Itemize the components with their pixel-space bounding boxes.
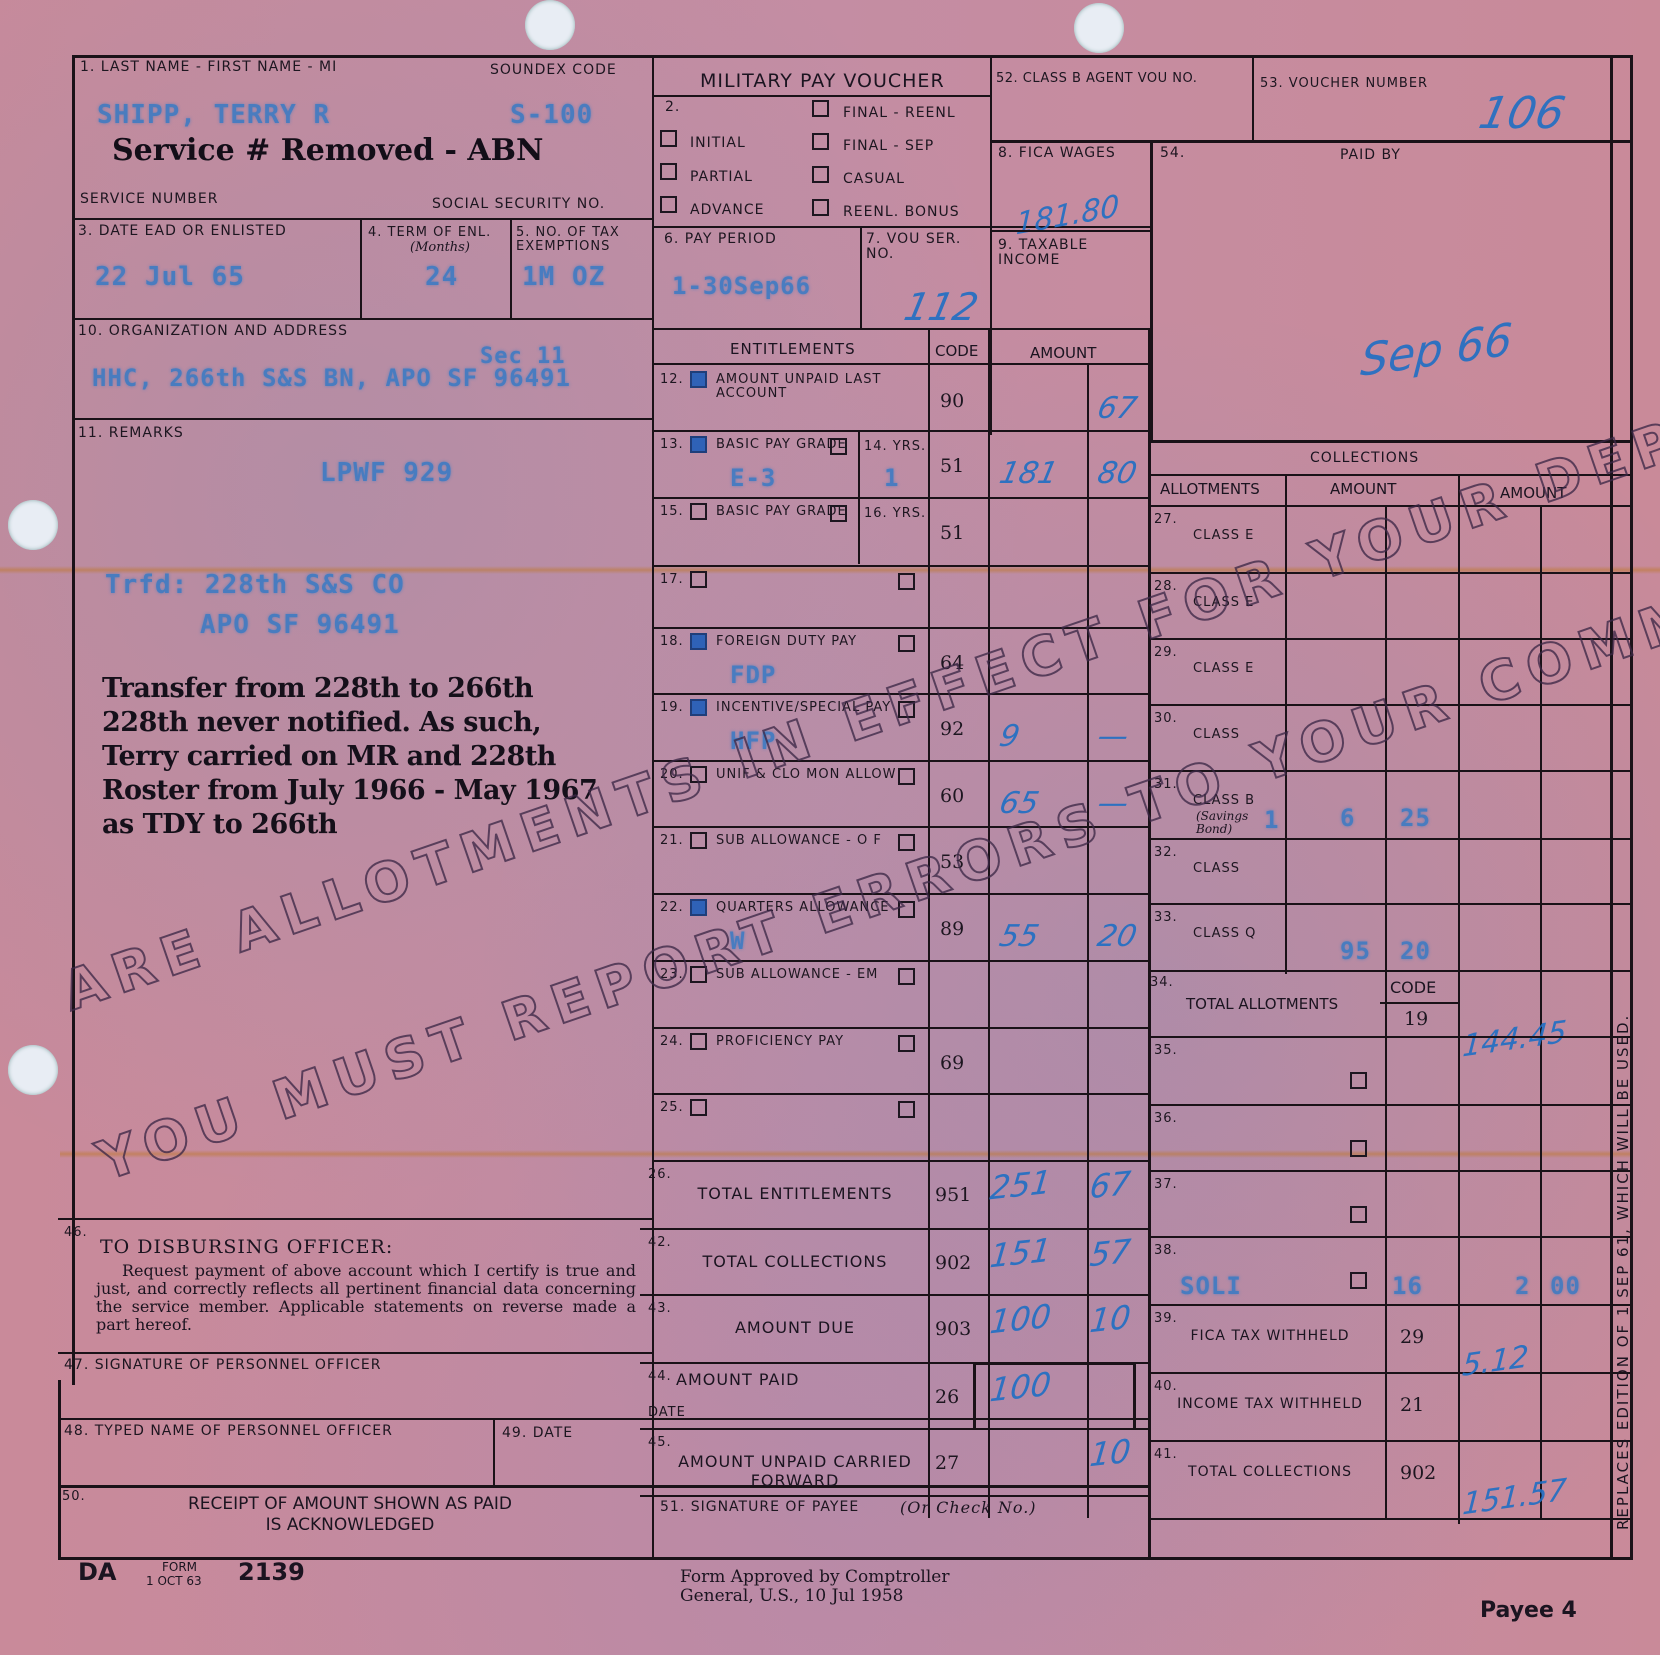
entitlement-label: AMOUNT UNPAID LAST ACCOUNT	[716, 373, 906, 402]
checkbox-reenl-bonus[interactable]	[812, 199, 829, 216]
total-row-num: 44.	[648, 1370, 672, 1384]
entitlement-num: 22.	[660, 901, 684, 915]
allotments-header: ALLOTMENTS	[1160, 480, 1260, 498]
allotment-class: CLASS	[1193, 862, 1240, 876]
entitlement-num: 12.	[660, 373, 684, 387]
form-prefix: DA	[78, 1558, 117, 1586]
total-allotments-amount[interactable]: 144.45	[1461, 1014, 1567, 1064]
paid-by-label: PAID BY	[1340, 148, 1401, 163]
total-row-dollars[interactable]: 251	[988, 1162, 1053, 1207]
entitlement-cents[interactable]: —	[1094, 719, 1131, 754]
tax-row-label: TOTAL COLLECTIONS	[1160, 1464, 1380, 1481]
total-row-num: 43.	[648, 1302, 672, 1316]
entitlement-option-checkbox[interactable]	[830, 505, 847, 522]
entitlement-option-checkbox[interactable]	[898, 768, 915, 785]
entitlement-checkbox[interactable]	[690, 503, 707, 520]
tax-row-num: 40.	[1154, 1380, 1178, 1394]
receipt-acknowledged-text: RECEIPT OF AMOUNT SHOWN AS PAID IS ACKNO…	[120, 1494, 580, 1536]
entitlement-label: PROFICIENCY PAY	[716, 1035, 906, 1049]
total-allotments-code-header: CODE	[1390, 978, 1436, 997]
amount-header: AMOUNT	[1030, 344, 1096, 362]
collection-amount-dollars[interactable]: 2	[1515, 1272, 1530, 1300]
paid-by-value[interactable]: Sep 66	[1359, 314, 1514, 387]
total-row-label: AMOUNT UNPAID CARRIED FORWARD	[660, 1452, 930, 1490]
years-label: 16. YRS.	[864, 507, 926, 521]
checkbox-final-reenl[interactable]	[812, 100, 829, 117]
copy-label: Payee 4	[1480, 1598, 1577, 1623]
term-value[interactable]: 24	[425, 262, 458, 292]
exemptions-value[interactable]: 1M OZ	[522, 262, 605, 292]
binder-hole	[8, 1045, 58, 1095]
allotment-num: 27.	[1154, 513, 1178, 527]
entitlement-option-checkbox[interactable]	[830, 438, 847, 455]
entitlement-num: 18.	[660, 635, 684, 649]
entitlement-dollars[interactable]: 181	[996, 456, 1061, 491]
remarks-line-2[interactable]: Trfd: 228th S&S CO	[105, 570, 405, 600]
entitlement-typed[interactable]: E-3	[730, 464, 776, 492]
field-7-label: 7. VOU SER. NO.	[866, 232, 986, 263]
entitlement-checkbox[interactable]	[690, 436, 707, 453]
entitlement-option-checkbox[interactable]	[898, 1101, 915, 1118]
collection-code[interactable]: 16	[1392, 1272, 1423, 1300]
binder-hole	[1074, 3, 1124, 53]
certification-text: Request payment of above account which I…	[96, 1262, 636, 1334]
total-row-dollars[interactable]: 100	[988, 1296, 1053, 1341]
total-row-sub: DATE	[648, 1406, 686, 1420]
checkbox-casual[interactable]	[812, 166, 829, 183]
years-label: 14. YRS.	[864, 440, 926, 454]
total-row-code: 27	[935, 1452, 959, 1474]
collection-num: 36.	[1154, 1112, 1178, 1126]
code-header: CODE	[935, 342, 978, 360]
entitlement-checkbox[interactable]	[690, 571, 707, 588]
form-title: MILITARY PAY VOUCHER	[700, 70, 945, 92]
binder-hole	[8, 500, 58, 550]
disbursing-officer-heading: TO DISBURSING OFFICER:	[100, 1236, 393, 1258]
entitlement-num: 25.	[660, 1101, 684, 1115]
allotment-amount-cents[interactable]: 20	[1400, 937, 1431, 965]
voucher-type-final-reenl: FINAL - REENL	[843, 106, 956, 121]
entitlement-checkbox[interactable]	[690, 832, 707, 849]
tax-row-label: INCOME TAX WITHHELD	[1160, 1396, 1380, 1413]
collection-num: 38.	[1154, 1244, 1178, 1258]
entitlement-num: 19.	[660, 701, 684, 715]
field-10-label: 10. ORGANIZATION AND ADDRESS	[78, 324, 348, 339]
entitlement-num: 15.	[660, 505, 684, 519]
total-row-label: AMOUNT DUE	[660, 1318, 930, 1337]
remarks-line-3[interactable]: APO SF 96491	[200, 610, 400, 640]
allotment-num: 32.	[1154, 846, 1178, 860]
allotment-num: 30.	[1154, 712, 1178, 726]
entitlement-checkbox[interactable]	[690, 899, 707, 916]
form-date: 1 OCT 63	[146, 1574, 202, 1588]
name-value[interactable]: SHIPP, TERRY R	[97, 100, 330, 130]
tax-row-amount[interactable]: 151.57	[1461, 1472, 1567, 1522]
collection-checkbox[interactable]	[1350, 1072, 1367, 1089]
field-9-label: 9. TAXABLE INCOME	[998, 238, 1138, 269]
total-row-dollars[interactable]: 151	[988, 1230, 1053, 1275]
organization-overtype: Sec 11	[480, 344, 565, 369]
soundex-value[interactable]: S-100	[510, 100, 593, 130]
tax-row-amount[interactable]: 5.12	[1461, 1339, 1530, 1384]
total-row-num: 26.	[648, 1168, 672, 1182]
entitlement-label: SUB ALLOWANCE - O F	[716, 834, 906, 848]
total-row-cents[interactable]: 10	[1088, 1432, 1133, 1475]
total-row-label: AMOUNT PAID	[676, 1370, 926, 1389]
allotment-class: CLASS E	[1193, 529, 1254, 543]
total-row-dollars[interactable]: 100	[988, 1364, 1053, 1409]
voucher-type-reenl-bonus: REENL. BONUS	[843, 205, 960, 220]
field-5-label: 5. NO. OF TAX EXEMPTIONS	[516, 226, 646, 255]
entitlement-code: 51	[940, 522, 964, 544]
service-number-value: Service # Removed - ABN	[112, 133, 543, 168]
tax-row-num: 41.	[1154, 1448, 1178, 1462]
total-allotments-code: 19	[1404, 1008, 1428, 1030]
collection-checkbox[interactable]	[1350, 1206, 1367, 1223]
field-51-label: 51. SIGNATURE OF PAYEE	[660, 1500, 859, 1515]
tax-row-code: 21	[1400, 1394, 1424, 1416]
entitlement-num: 17.	[660, 573, 684, 587]
entitlement-checkbox[interactable]	[690, 1033, 707, 1050]
entitlement-num: 24.	[660, 1035, 684, 1049]
collections-amount-header: AMOUNT	[1330, 480, 1396, 498]
field-51-sub: (Or Check No.)	[900, 1498, 1037, 1517]
total-row-cents[interactable]: 10	[1088, 1298, 1133, 1341]
edition-note: REPLACES EDITION OF 1 SEP 61, WHICH WILL…	[1614, 1014, 1632, 1530]
entitlement-code: 89	[940, 918, 964, 940]
field-4-label: 4. TERM OF ENL.	[368, 226, 491, 240]
collection-checkbox[interactable]	[1350, 1272, 1367, 1289]
fold-crease	[60, 1150, 1630, 1158]
total-row-num: 42.	[648, 1236, 672, 1250]
total-row-cents[interactable]: 67	[1088, 1164, 1133, 1207]
allotment-class: CLASS E	[1193, 662, 1254, 676]
allotment-amount-dollars[interactable]: 6	[1340, 804, 1355, 832]
voucher-type-initial: INITIAL	[690, 136, 746, 151]
field-34-num: 34.	[1150, 976, 1174, 990]
field-6-label: 6. PAY PERIOD	[664, 232, 777, 247]
voucher-number-value[interactable]: 106	[1475, 88, 1570, 139]
field-49-label: 49. DATE	[502, 1426, 573, 1441]
entitlement-option-checkbox[interactable]	[898, 834, 915, 851]
allotment-class: CLASS Q	[1193, 927, 1256, 941]
entitlement-option-checkbox[interactable]	[898, 573, 915, 590]
entitlement-dollars[interactable]: 9	[996, 719, 1023, 754]
field-1-label: 1. LAST NAME - FIRST NAME - MI	[80, 60, 337, 75]
voucher-type-partial: PARTIAL	[690, 170, 753, 185]
vou-ser-no-value[interactable]: 112	[900, 285, 982, 329]
voucher-type-final-sep: FINAL - SEP	[843, 139, 934, 154]
entitlement-code: 60	[940, 785, 964, 807]
allotment-typed[interactable]: 1	[1264, 806, 1279, 834]
field-4-sub: (Months)	[410, 240, 470, 255]
entitlement-num: 21.	[660, 834, 684, 848]
entitlement-dollars[interactable]: 55	[996, 919, 1042, 954]
service-number-label: SERVICE NUMBER	[80, 192, 218, 207]
entitlement-typed[interactable]: FDP	[730, 661, 776, 689]
field-53-label: 53. VOUCHER NUMBER	[1260, 77, 1428, 91]
allotment-amount-dollars[interactable]: 95	[1340, 937, 1371, 965]
checkbox-final-sep[interactable]	[812, 133, 829, 150]
total-row-cents[interactable]: 57	[1088, 1232, 1133, 1275]
entitlement-num: 13.	[660, 438, 684, 452]
entitlement-code: 51	[940, 455, 964, 477]
collection-amount-cents[interactable]: 00	[1550, 1272, 1581, 1300]
total-row-code: 903	[935, 1318, 971, 1340]
allotment-amount-cents[interactable]: 25	[1400, 804, 1431, 832]
field-8-label: 8. FICA WAGES	[998, 140, 1116, 161]
total-row-label: TOTAL ENTITLEMENTS	[660, 1184, 930, 1203]
tax-row-code: 29	[1400, 1326, 1424, 1348]
field-3-label: 3. DATE EAD OR ENLISTED	[78, 224, 287, 239]
tax-row-code: 902	[1400, 1462, 1436, 1484]
entitlement-checkbox[interactable]	[690, 1099, 707, 1116]
collection-checkbox[interactable]	[1350, 1140, 1367, 1157]
tax-row-label: FICA TAX WITHHELD	[1160, 1328, 1380, 1345]
total-row-code: 26	[935, 1386, 959, 1408]
checkbox-advance[interactable]	[660, 196, 677, 213]
field-52-label: 52. CLASS B AGENT VOU NO.	[996, 72, 1197, 86]
entitlement-option-checkbox[interactable]	[898, 635, 915, 652]
entitlement-checkbox[interactable]	[690, 633, 707, 650]
collections-header: COLLECTIONS	[1310, 450, 1419, 466]
date-ead-value[interactable]: 22 Jul 65	[95, 262, 245, 292]
total-row-code: 951	[935, 1184, 971, 1206]
field-47-label: 47. SIGNATURE OF PERSONNEL OFFICER	[64, 1358, 381, 1373]
field-2-label: 2.	[665, 100, 680, 115]
entitlements-header: ENTITLEMENTS	[730, 340, 856, 358]
field-11-label: 11. REMARKS	[78, 426, 184, 441]
entitlement-cents[interactable]: 67	[1094, 391, 1140, 426]
total-row-code: 902	[935, 1252, 971, 1274]
entitlement-cents[interactable]: 20	[1094, 919, 1140, 954]
allotment-num: 33.	[1154, 911, 1178, 925]
binder-hole	[525, 0, 575, 50]
field-54-label: 54.	[1160, 146, 1185, 161]
total-row-label: TOTAL COLLECTIONS	[660, 1252, 930, 1271]
pay-period-value[interactable]: 1-30Sep66	[672, 272, 811, 300]
approval-note: Form Approved by Comptroller General, U.…	[680, 1568, 950, 1606]
voucher-type-advance: ADVANCE	[690, 203, 764, 218]
field-46-num: 46.	[64, 1226, 88, 1240]
soundex-label: SOUNDEX CODE	[490, 63, 617, 78]
entitlement-cents[interactable]: 80	[1094, 456, 1140, 491]
field-50-num: 50.	[62, 1490, 86, 1504]
checkbox-partial[interactable]	[660, 163, 677, 180]
entitlement-label: FOREIGN DUTY PAY	[716, 635, 906, 649]
entitlement-option-checkbox[interactable]	[898, 968, 915, 985]
entitlement-checkbox[interactable]	[690, 699, 707, 716]
collection-num: 37.	[1154, 1178, 1178, 1192]
entitlement-code: 69	[940, 1052, 964, 1074]
form-number: 2139	[238, 1558, 305, 1586]
years-value[interactable]: 1	[884, 464, 899, 492]
form-word: FORM	[162, 1560, 197, 1574]
checkbox-initial[interactable]	[660, 130, 677, 147]
collection-num: 35.	[1154, 1044, 1178, 1058]
voucher-type-casual: CASUAL	[843, 172, 905, 187]
total-allotments-label: TOTAL ALLOTMENTS	[1186, 995, 1338, 1013]
entitlement-option-checkbox[interactable]	[898, 1035, 915, 1052]
entitlement-code: 90	[940, 390, 964, 412]
fica-wages-value[interactable]: 181.80	[1015, 189, 1120, 243]
tax-row-num: 39.	[1154, 1312, 1178, 1326]
total-row-num: 45.	[648, 1436, 672, 1450]
field-48-label: 48. TYPED NAME OF PERSONNEL OFFICER	[64, 1424, 393, 1439]
ssn-label: SOCIAL SECURITY NO.	[432, 197, 605, 212]
remarks-line-1[interactable]: LPWF 929	[320, 458, 453, 488]
collection-typed[interactable]: SOLI	[1180, 1272, 1242, 1300]
entitlement-checkbox[interactable]	[690, 371, 707, 388]
